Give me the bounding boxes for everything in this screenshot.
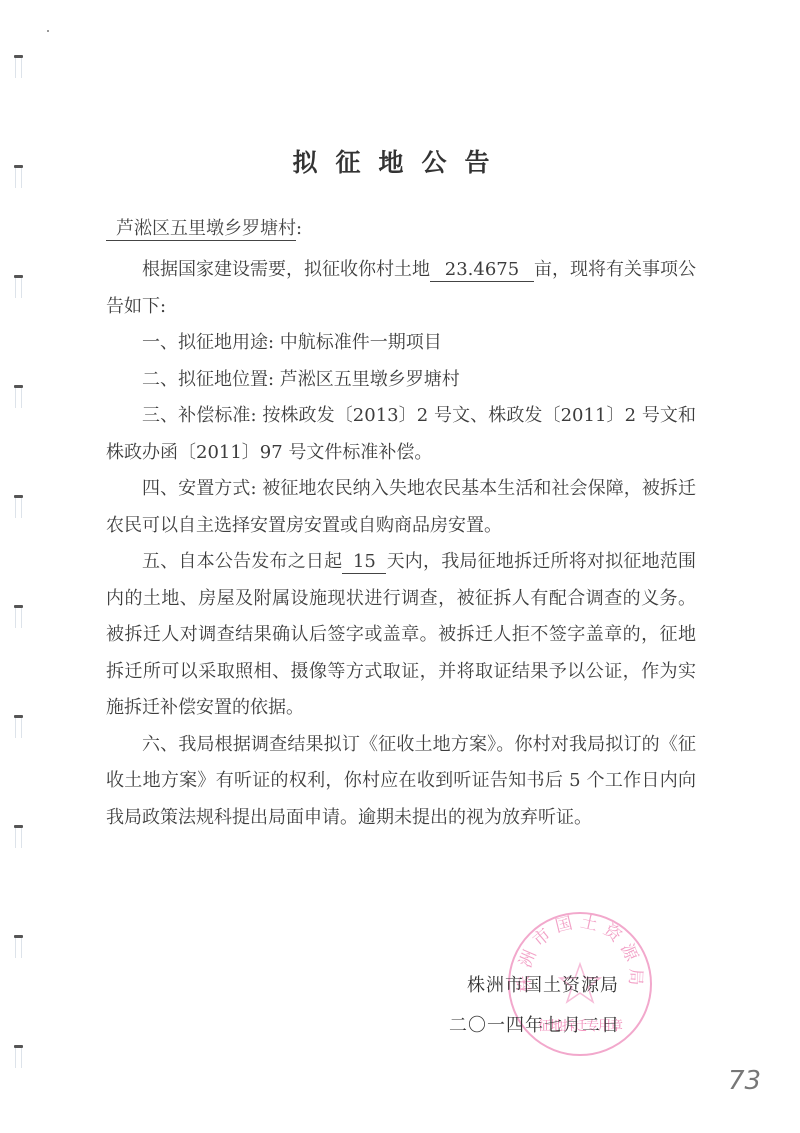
- item-4-resettlement: 四、安置方式: 被征地农民纳入失地农民基本生活和社会保障，被拆迁农民可以自主选择…: [106, 471, 696, 544]
- scan-speck: [47, 30, 49, 32]
- binding-hole-mark: [14, 55, 23, 79]
- issue-date: 二〇一四年七月二日: [449, 1006, 620, 1046]
- binding-hole-mark: [14, 1045, 23, 1069]
- binding-hole-mark: [14, 825, 23, 849]
- document-title: 拟征地公告: [0, 143, 800, 179]
- binding-hole-mark: [14, 495, 23, 519]
- intro-paragraph: 根据国家建设需要，拟征收你村土地23.4675亩，现将有关事项公告如下:: [106, 252, 696, 325]
- item-2-location: 二、拟征地位置: 芦淞区五里墩乡罗塘村: [106, 362, 696, 399]
- issuing-organization: 株洲市国土资源局: [457, 966, 620, 1006]
- addressee: 芦淞区五里墩乡罗塘村:: [106, 214, 302, 240]
- binding-hole-mark: [14, 715, 23, 739]
- item-6-hearing: 六、我局根据调查结果拟订《征收土地方案》。你村对我局拟订的《征收土地方案》有听证…: [106, 727, 696, 837]
- item-3-compensation: 三、补偿标准: 按株政发〔2013〕2 号文、株政发〔2011〕2 号文和株政办…: [106, 398, 696, 471]
- survey-days-value: 15: [342, 551, 386, 574]
- addressee-name: 芦淞区五里墩乡罗塘村: [106, 218, 296, 241]
- handwritten-page-number: 73: [728, 1066, 761, 1096]
- binding-hole-mark: [14, 935, 23, 959]
- document-body: 根据国家建设需要，拟征收你村土地23.4675亩，现将有关事项公告如下: 一、拟…: [106, 252, 696, 836]
- item-5-text-before: 五、自本公告发布之日起: [142, 551, 342, 572]
- binding-hole-mark: [14, 385, 23, 409]
- signature-block: 株洲市国土资源局 二〇一四年七月二日: [457, 966, 620, 1046]
- land-area-value: 23.4675: [430, 259, 534, 282]
- intro-text-before: 根据国家建设需要，拟征收你村土地: [142, 259, 430, 280]
- binding-hole-mark: [14, 605, 23, 629]
- item-5-text-after: 天内，我局征地拆迁所将对拟征地范围内的土地、房屋及附属设施现状进行调查，被征拆人…: [106, 551, 696, 718]
- binding-hole-mark: [14, 275, 23, 299]
- addressee-colon: :: [296, 218, 302, 239]
- item-1-purpose: 一、拟征地用途: 中航标准件一期项目: [106, 325, 696, 362]
- item-5-survey: 五、自本公告发布之日起15天内，我局征地拆迁所将对拟征地范围内的土地、房屋及附属…: [106, 544, 696, 727]
